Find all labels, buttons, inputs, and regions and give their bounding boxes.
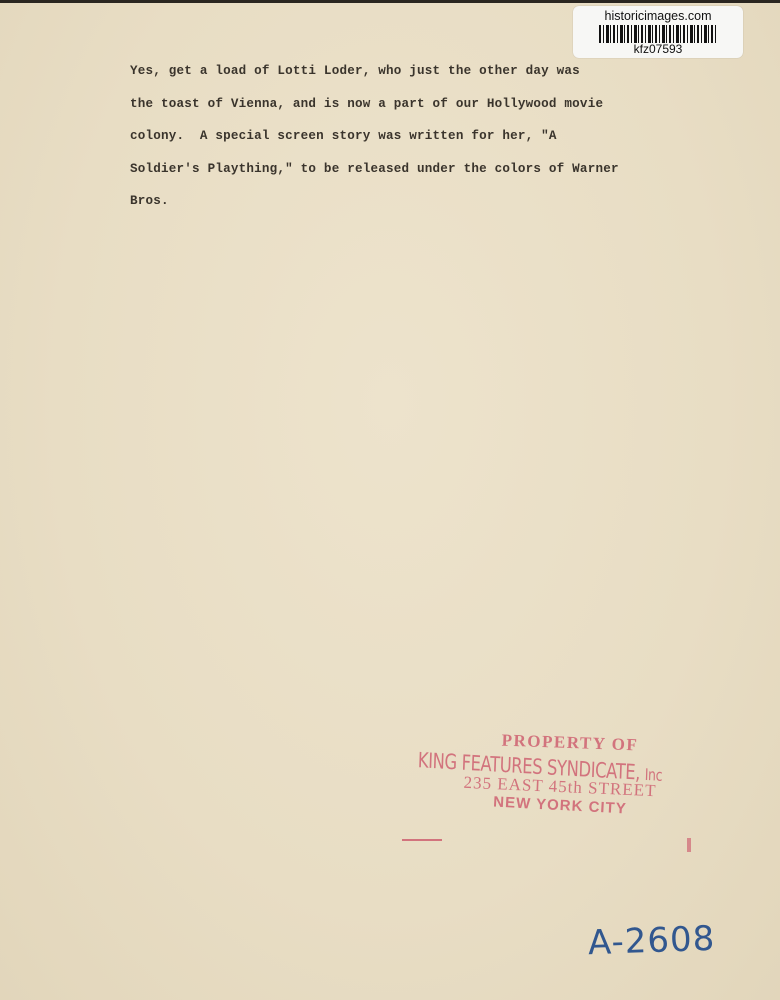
caption-line: colony. A special screen story was writt… (130, 126, 670, 159)
ownership-stamp: PROPERTY OF KING FEATURES SYNDICATE, Inc… (400, 733, 700, 814)
handwritten-reference-number: A-2608 (587, 919, 716, 963)
label-site: historicimages.com (573, 9, 743, 23)
stamp-edge-mark (687, 838, 691, 852)
caption-line: the toast of Vienna, and is now a part o… (130, 94, 670, 127)
label-code: kfz07593 (573, 43, 743, 56)
photo-back-sheet: historicimages.com kfz07593 Yes, get a l… (0, 3, 780, 1000)
caption-line: Soldier's Plaything," to be released und… (130, 159, 670, 192)
caption-line: Yes, get a load of Lotti Loder, who just… (130, 61, 670, 94)
stamp-dash-mark (402, 839, 442, 841)
caption-line: Bros. (130, 191, 670, 224)
barcode-icon (599, 25, 717, 43)
archive-label: historicimages.com kfz07593 (573, 6, 743, 58)
typed-caption: Yes, get a load of Lotti Loder, who just… (130, 61, 670, 224)
